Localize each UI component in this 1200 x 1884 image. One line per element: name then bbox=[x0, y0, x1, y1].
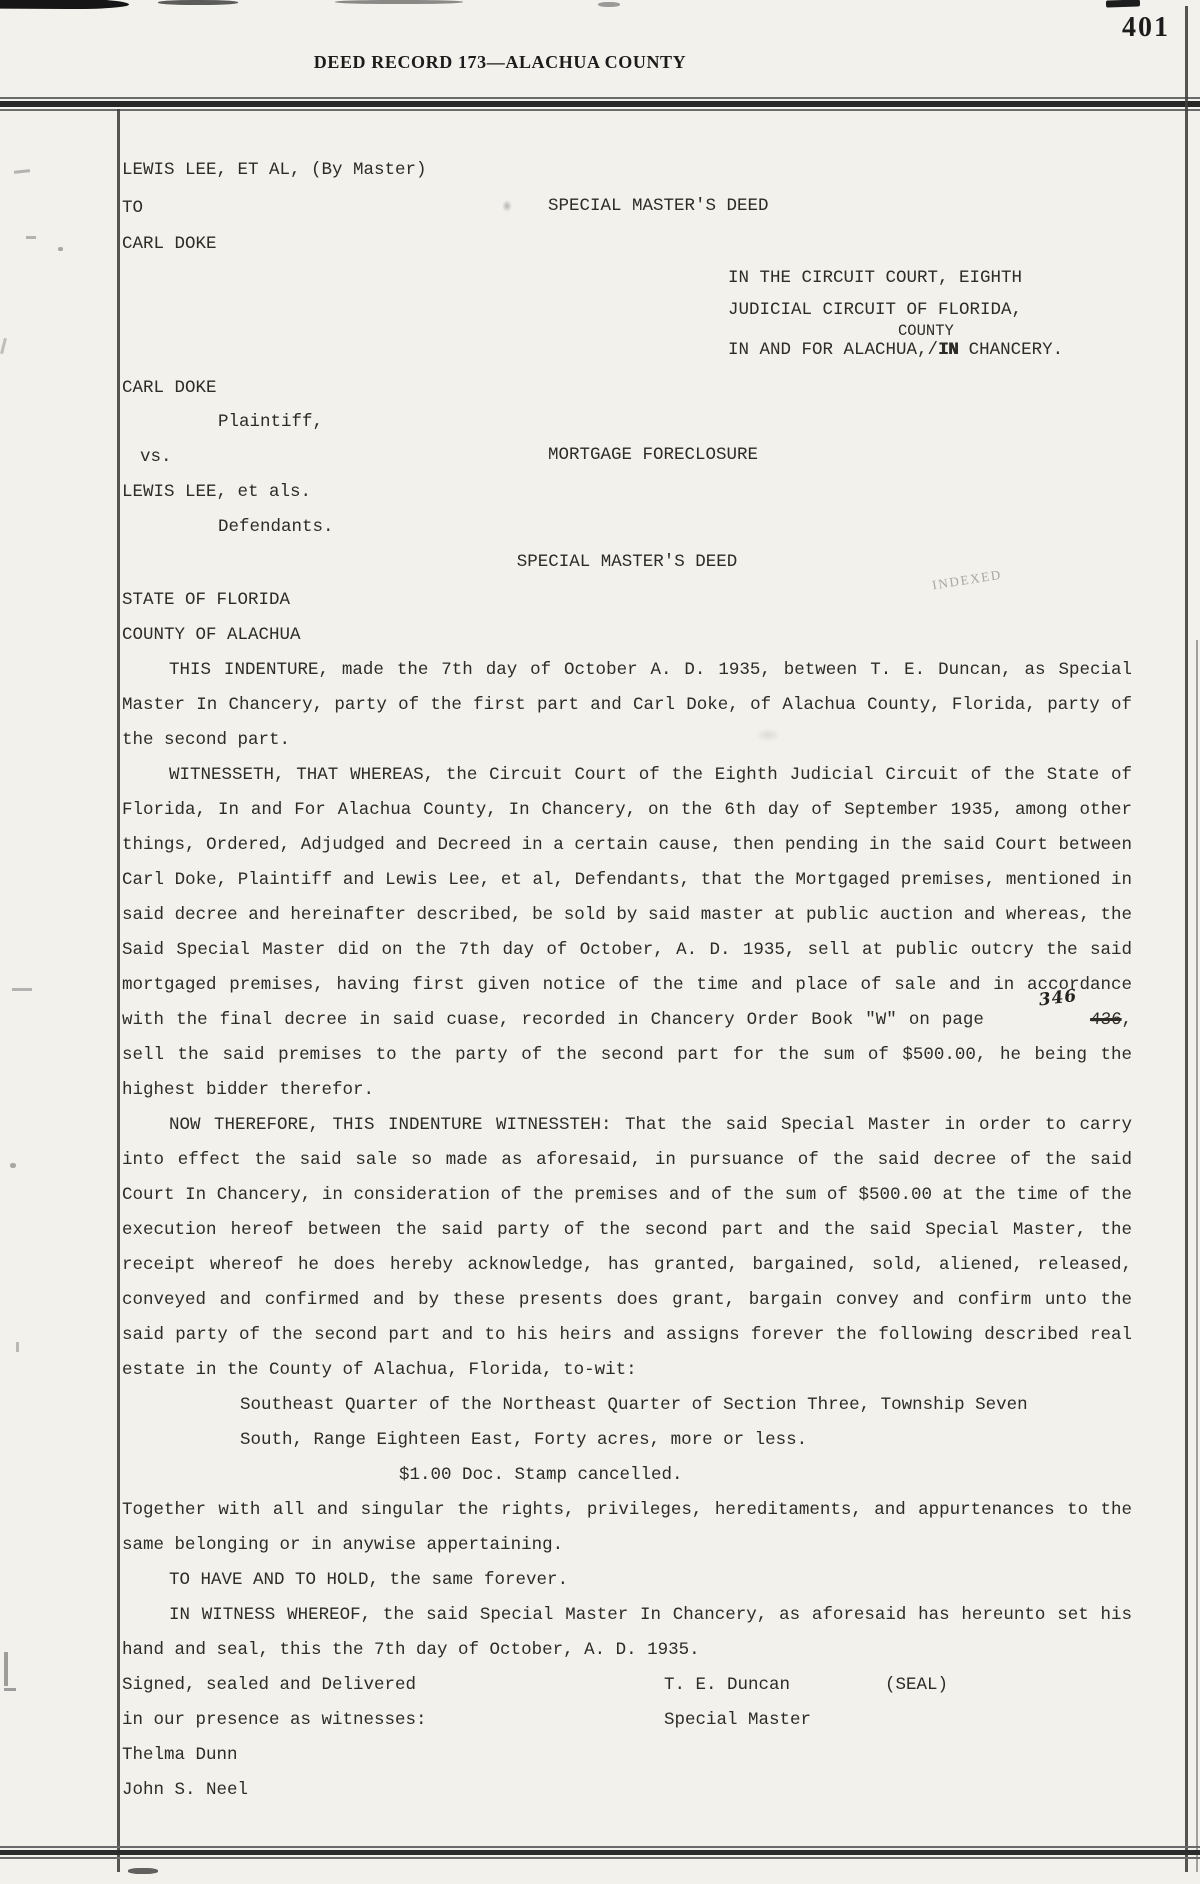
plaintiff-name: CARL DOKE bbox=[122, 378, 217, 398]
signed-sealed-line: Signed, sealed and Delivered bbox=[122, 1675, 416, 1695]
deed-record-page: DEED RECORD 173—ALACHUA COUNTY 401 LEWIS… bbox=[0, 0, 1200, 1884]
legal-description-line-2: South, Range Eighteen East, Forty acres,… bbox=[240, 1423, 1132, 1458]
scan-artifact bbox=[12, 988, 32, 991]
page-number: 401 bbox=[1122, 12, 1170, 44]
scan-artifact bbox=[335, 0, 463, 4]
court-line-3-post: CHANCERY. bbox=[958, 340, 1063, 360]
paragraph-witness-clause: IN WITNESS WHEREOF, the said Special Mas… bbox=[122, 1598, 1132, 1668]
court-line-3-overstrike: IN bbox=[938, 340, 958, 360]
scan-artifact bbox=[128, 1868, 158, 1874]
scan-artifact bbox=[0, 0, 129, 9]
top-rule bbox=[0, 101, 1200, 107]
signature-row-1: Signed, sealed and DeliveredT. E. Duncan… bbox=[122, 1668, 1132, 1703]
witness-1: Thelma Dunn bbox=[122, 1738, 1132, 1773]
scan-artifact bbox=[158, 0, 238, 5]
scan-artifact bbox=[14, 169, 30, 174]
right-margin-rule bbox=[1196, 640, 1198, 1872]
court-line-3-pre: IN AND FOR ALACHUA,/ bbox=[728, 340, 938, 360]
bottom-rule bbox=[0, 1850, 1200, 1855]
page-title: DEED RECORD 173—ALACHUA COUNTY bbox=[0, 52, 1000, 73]
struck-page-number: 436 bbox=[1042, 1003, 1123, 1038]
scan-artifact bbox=[1106, 0, 1140, 8]
witness-2: John S. Neel bbox=[122, 1773, 1132, 1808]
scan-artifact bbox=[502, 200, 512, 212]
scan-artifact bbox=[10, 1163, 16, 1168]
case-type: MORTGAGE FORECLOSURE bbox=[548, 445, 758, 465]
instrument-title-caption: SPECIAL MASTER'S DEED bbox=[548, 196, 769, 216]
plaintiff-label: Plaintiff, bbox=[218, 412, 323, 432]
scan-artifact bbox=[16, 1342, 19, 1352]
paragraph-whereas: WITNESSETH, THAT WHEREAS, the Circuit Co… bbox=[122, 758, 1132, 1108]
bottom-rule bbox=[0, 1857, 1200, 1859]
paragraph-habendum: TO HAVE AND TO HOLD, the same forever. bbox=[122, 1563, 1132, 1598]
court-line-2: JUDICIAL CIRCUIT OF FLORIDA, bbox=[728, 300, 1022, 320]
signature-row-2: in our presence as witnesses:Special Mas… bbox=[122, 1703, 1132, 1738]
county-line: COUNTY OF ALACHUA bbox=[122, 625, 301, 645]
top-rule bbox=[0, 109, 1200, 111]
state-line: STATE OF FLORIDA bbox=[122, 590, 290, 610]
top-rule bbox=[0, 97, 1200, 99]
court-line-1: IN THE CIRCUIT COURT, EIGHTH bbox=[728, 268, 1022, 288]
seal-label: (SEAL) bbox=[885, 1668, 948, 1703]
scan-artifact bbox=[4, 1652, 8, 1686]
scan-artifact bbox=[0, 338, 7, 354]
to-label: TO bbox=[122, 198, 143, 218]
left-margin-rule bbox=[117, 109, 120, 1872]
paragraph-indenture: THIS INDENTURE, made the 7th day of Octo… bbox=[122, 653, 1132, 758]
legal-description-line-1: Southeast Quarter of the Northeast Quart… bbox=[240, 1388, 1132, 1423]
paragraph-now-therefore: NOW THEREFORE, THIS INDENTURE WITNESSTEH… bbox=[122, 1108, 1132, 1388]
defendants-name: LEWIS LEE, et als. bbox=[122, 482, 311, 502]
court-county-insert: COUNTY bbox=[898, 322, 954, 340]
scan-artifact bbox=[4, 1688, 16, 1691]
deed-body: THIS INDENTURE, made the 7th day of Octo… bbox=[122, 653, 1132, 1808]
scan-artifact bbox=[58, 247, 63, 251]
versus-label: vs. bbox=[140, 447, 172, 467]
bottom-rule bbox=[0, 1846, 1200, 1848]
doc-stamp-line: $1.00 Doc. Stamp cancelled. bbox=[399, 1458, 1132, 1493]
scan-artifact bbox=[26, 236, 36, 239]
witnesses-line: in our presence as witnesses: bbox=[122, 1710, 427, 1730]
paragraph-together: Together with all and singular the right… bbox=[122, 1493, 1132, 1563]
signer-name: T. E. Duncan bbox=[664, 1668, 790, 1703]
grantor-line: LEWIS LEE, ET AL, (By Master) bbox=[122, 160, 427, 180]
grantee-line: CARL DOKE bbox=[122, 234, 217, 254]
whereas-text: WITNESSETH, THAT WHEREAS, the Circuit Co… bbox=[122, 765, 1132, 1030]
page-number-correction: 346436 bbox=[996, 1003, 1122, 1038]
signer-title: Special Master bbox=[664, 1703, 811, 1738]
scan-artifact bbox=[598, 2, 620, 7]
defendants-label: Defendants. bbox=[218, 517, 334, 537]
right-margin-rule bbox=[1185, 6, 1188, 1872]
court-line-3: IN AND FOR ALACHUA,/IN CHANCERY. bbox=[728, 340, 1063, 360]
